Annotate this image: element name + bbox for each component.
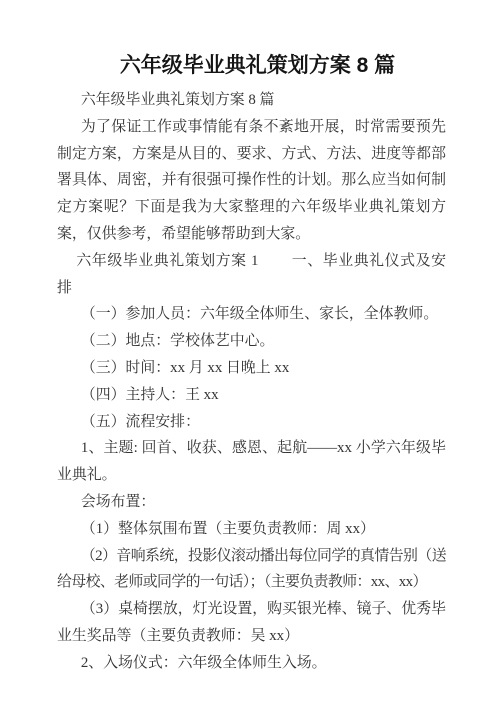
list-item-schedule: （五）流程安排： — [57, 409, 446, 436]
section-heading-line: 六年级毕业典礼策划方案 1一、毕业典礼仪式及安排 — [57, 248, 446, 302]
list-item-location: （二）地点：学校体艺中心。 — [57, 328, 446, 355]
list-item-atmosphere: （1）整体氛围布置（主要负责教师：周 xx） — [57, 516, 446, 543]
list-item-time: （三）时间：xx 月 xx 日晚上 xx — [57, 355, 446, 382]
list-item-furniture: （3）桌椅摆放，灯光设置，购买银光棒、镜子、优秀毕业生奖品等（主要负责教师：吴 … — [57, 596, 446, 650]
document-page: 六年级毕业典礼策划方案 8 篇 六年级毕业典礼策划方案 8 篇 为了保证工作或事… — [0, 0, 500, 707]
list-item-audio-system: （2）音响系统，投影仪滚动播出每位同学的真情告别（送给母校、老师或同学的一句话）… — [57, 543, 446, 597]
document-content: 六年级毕业典礼策划方案 8 篇 六年级毕业典礼策划方案 8 篇 为了保证工作或事… — [57, 51, 446, 677]
section-label: 六年级毕业典礼策划方案 1 — [76, 253, 258, 269]
list-item-theme: 1、主题: 回首、收获、感恩、起航——xx 小学六年级毕业典礼。 — [57, 435, 446, 489]
document-title: 六年级毕业典礼策划方案 8 篇 — [69, 51, 446, 81]
list-item-host: （四）主持人：王 xx — [57, 382, 446, 409]
list-item-participants: （一）参加人员：六年级全体师生、家长，全体教师。 — [57, 301, 446, 328]
list-item-venue-setup: 会场布置： — [57, 489, 446, 516]
intro-paragraph: 为了保证工作或事情能有条不紊地开展，时常需要预先制定方案，方案是从目的、要求、方… — [57, 114, 446, 248]
document-subtitle: 六年级毕业典礼策划方案 8 篇 — [57, 87, 446, 114]
list-item-entrance: 2、入场仪式：六年级全体师生入场。 — [57, 650, 446, 677]
